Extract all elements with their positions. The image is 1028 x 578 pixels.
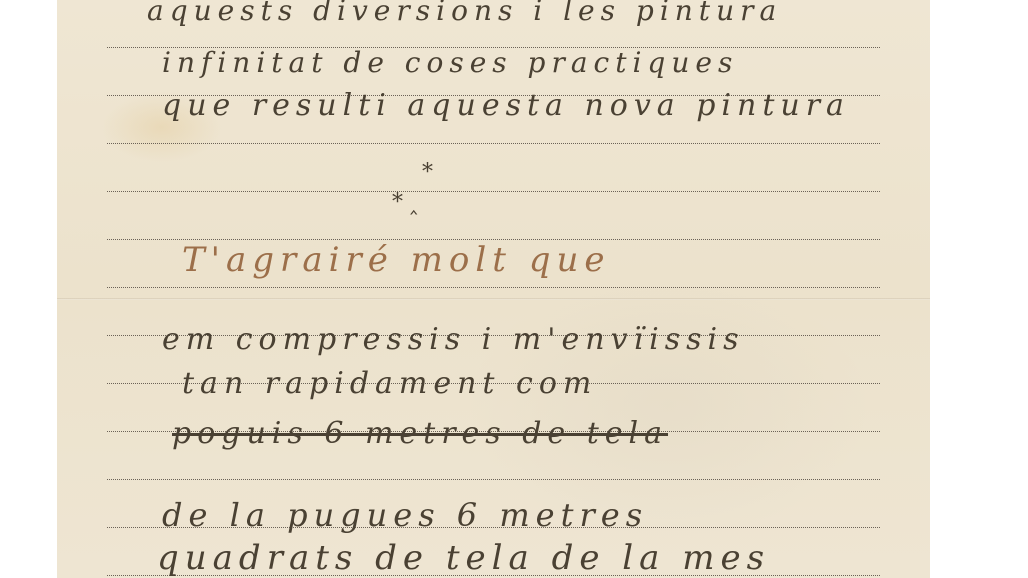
paper-fold [57,298,930,300]
handwritten-line-9: de la pugues 6 metres [162,496,648,534]
ruled-line [107,479,880,480]
handwritten-line-2: infinitat de coses practiques [162,46,738,79]
handwritten-line-5: T'agrairé molt que [182,240,610,280]
separator-mark: * [422,160,433,185]
handwritten-line-1: aquests diversions i les pintura [147,0,782,27]
handwritten-line-10: quadrats de tela de la mes [157,538,770,578]
handwritten-line-7: tan rapidament com [182,366,597,401]
ruled-line [107,287,880,288]
handwritten-line-8-struck: poguis 6 metres de tela [172,416,668,451]
ruled-line [107,143,880,144]
handwritten-line-3: que resulti aquesta nova pintura [162,88,850,123]
ruled-line [107,191,880,192]
letter-paper: aquests diversions i les pintura infinit… [57,0,930,578]
handwritten-line-6: em compressis i m'envïissis [162,322,744,357]
separator-mark: * ‸ [392,190,417,215]
